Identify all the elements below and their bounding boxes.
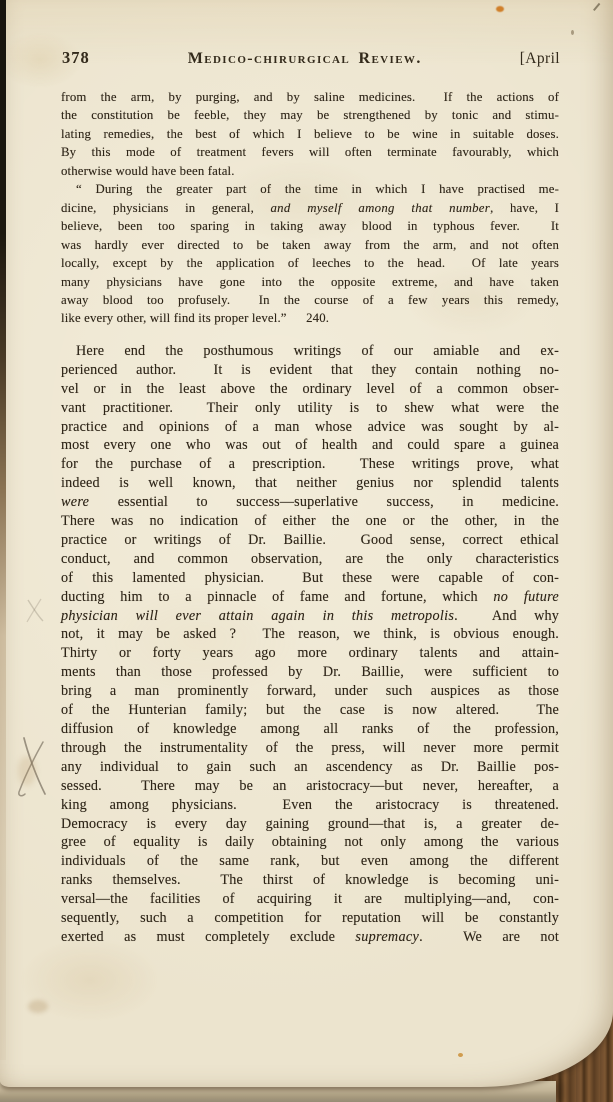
text-line: indeed is well known, that neither geniu… — [61, 474, 559, 493]
running-header: 378 Medico-chirurgical Review. [April — [62, 48, 560, 68]
text-line: most every one who was out of health and… — [61, 436, 559, 455]
text-line: vant practitioner. Their only utility is… — [61, 399, 559, 418]
text-line: of this lamented physician. But these we… — [61, 569, 559, 588]
text-line: believe, been too sparing in taking away… — [61, 217, 559, 235]
text-line: dicine, physicians in general, and mysel… — [61, 199, 559, 217]
text-line: many physicians have gone into the oppos… — [61, 273, 559, 291]
paragraph: “ During the greater part of the time in… — [61, 180, 559, 328]
text-line: of the Hunterian family; but the case is… — [61, 701, 559, 720]
text-line: sessed. There may be an aristocracy—but … — [61, 777, 559, 796]
text-line: gree of equality is daily obtaining not … — [61, 833, 559, 852]
text-line: not, it may be asked ? The reason, we th… — [61, 625, 559, 644]
foxing-spot — [28, 1000, 48, 1013]
text-line: away blood too profusely. In the course … — [61, 291, 559, 309]
text-line: There was no indication of either the on… — [61, 512, 559, 531]
scanned-book-page: 378 Medico-chirurgical Review. [April fr… — [0, 0, 613, 1087]
text-line: By this mode of treatment fevers will of… — [61, 143, 559, 161]
text-line: otherwise would have been fatal. — [61, 162, 559, 180]
text-line: versal—the facilities of acquiring it ar… — [61, 890, 559, 909]
text-line: from the arm, by purging, and by saline … — [61, 88, 559, 106]
text-line: through the instrumentality of the press… — [61, 739, 559, 758]
text-line: ranks themselves. The thirst of knowledg… — [61, 871, 559, 890]
text-line: the constitution be feeble, they may be … — [61, 106, 559, 124]
foxing-spot — [496, 6, 504, 12]
text-line: any individual to gain such an ascendenc… — [61, 758, 559, 777]
paragraph: from the arm, by purging, and by saline … — [61, 88, 559, 180]
text-line: practice and opinions of a man whose adv… — [61, 418, 559, 437]
text-body: from the arm, by purging, and by saline … — [61, 88, 559, 947]
text-line: bring a man prominently forward, under s… — [61, 682, 559, 701]
foxing-spot — [18, 756, 36, 786]
text-line: Democracy is every day gaining ground—th… — [61, 815, 559, 834]
text-line: diffusion of knowledge among all ranks o… — [61, 720, 559, 739]
paragraph: Here end the posthumous writings of our … — [61, 342, 559, 947]
text-line: Thirty or forty years ago more ordinary … — [61, 644, 559, 663]
text-line: individuals of the same rank, but even a… — [61, 852, 559, 871]
text-line: were essential to success—superlative su… — [61, 493, 559, 512]
foxing-spot — [458, 1053, 463, 1057]
text-line: exerted as must completely exclude supre… — [61, 928, 559, 947]
binding-edge-shadow — [0, 0, 6, 1060]
text-line: like every other, will find its proper l… — [61, 309, 559, 327]
pencil-x-mark — [16, 736, 50, 798]
text-line: sequently, such a competition for reputa… — [61, 909, 559, 928]
pencil-faint-mark — [24, 596, 46, 624]
text-line: practice or writings of Dr. Baillie. Goo… — [61, 531, 559, 550]
foxing-spot — [571, 30, 574, 35]
text-line: locally, except by the application of le… — [61, 254, 559, 272]
text-line: king among physicians. Even the aristocr… — [61, 796, 559, 815]
text-line: was hardly ever directed to be taken awa… — [61, 236, 559, 254]
text-line: for the purchase of a prescription. Thes… — [61, 455, 559, 474]
text-line: “ During the greater part of the time in… — [61, 180, 559, 198]
text-line: ducting him to a pinnacle of fame and fo… — [61, 588, 559, 607]
page-number: 378 — [62, 48, 90, 68]
text-line: Here end the posthumous writings of our … — [61, 342, 559, 361]
text-line: lating remedies, the best of which I bel… — [61, 125, 559, 143]
text-line: physician will ever attain again in this… — [61, 607, 559, 626]
text-line: perienced author. It is evident that the… — [61, 361, 559, 380]
journal-title: Medico-chirurgical Review. — [90, 50, 520, 68]
issue-month-label: [April — [520, 50, 560, 68]
text-line: conduct, and common observation, are the… — [61, 550, 559, 569]
text-line: vel or in the least above the ordinary l… — [61, 380, 559, 399]
text-line: ments than those professed by Dr. Bailli… — [61, 663, 559, 682]
corner-pen-tick — [593, 3, 600, 11]
